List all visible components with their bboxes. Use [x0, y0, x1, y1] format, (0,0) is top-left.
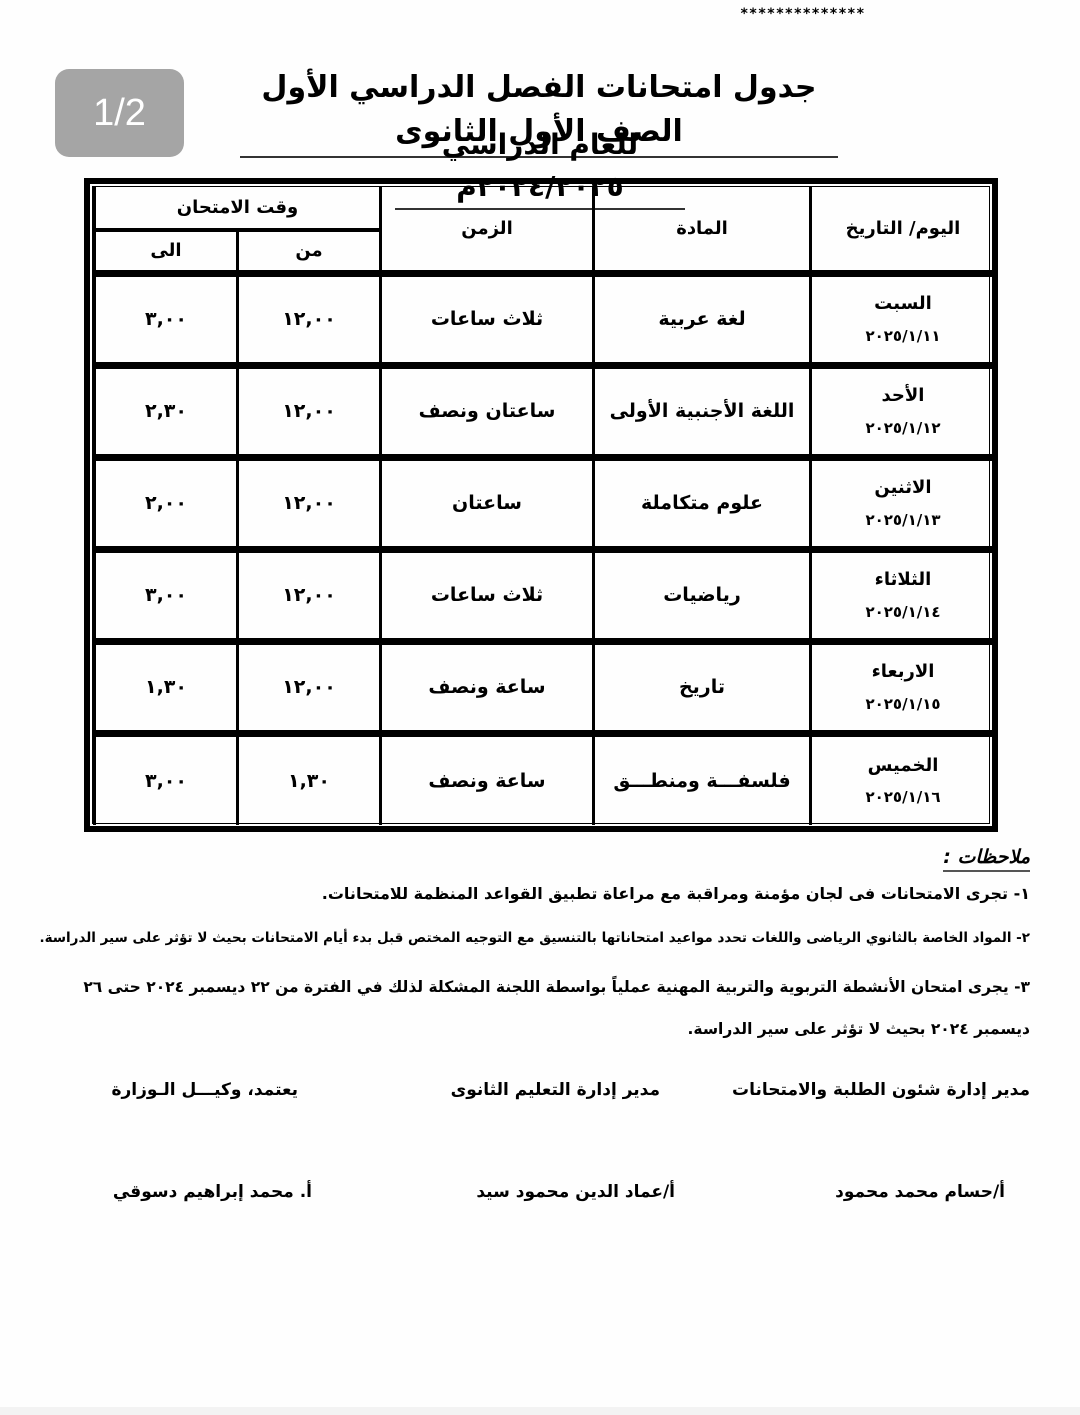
header-duration: الزمن — [381, 187, 594, 273]
table-row: الأحد٢٠٢٥/١/١٢ اللغة الأجنبية الأولى ساع… — [95, 365, 996, 457]
subject-cell: فلسفـــة ومنطـــق — [594, 733, 811, 825]
header-exam-time: وقت الامتحان — [95, 187, 381, 230]
exam-date: ٢٠٢٥/١/١٤ — [812, 600, 994, 626]
duration-cell: ساعة ونصف — [381, 641, 594, 733]
day-name: السبت — [812, 289, 994, 320]
signature-name-students-affairs: أ/حسام محمد محمود — [835, 1182, 1005, 1202]
to-time-cell: ٢,٠٠ — [95, 457, 238, 549]
exam-date: ٢٠٢٥/١/١١ — [812, 324, 994, 350]
table-row: الاثنين٢٠٢٥/١/١٣ علوم متكاملة ساعتان ١٢,… — [95, 457, 996, 549]
exam-date: ٢٠٢٥/١/١٥ — [812, 692, 994, 718]
day-name: الثلاثاء — [812, 565, 994, 596]
table-row: الاربعاء٢٠٢٥/١/١٥ تاريخ ساعة ونصف ١٢,٠٠ … — [95, 641, 996, 733]
decorative-stars: ************** — [740, 6, 865, 22]
exam-date: ٢٠٢٥/١/١٣ — [812, 508, 994, 534]
header-from: من — [238, 230, 381, 273]
exam-date: ٢٠٢٥/١/١٢ — [812, 416, 994, 442]
note-item: ٣- يجرى امتحان الأنشطة التربوية والتربية… — [50, 966, 1030, 1050]
exam-schedule-table: اليوم/ التاريخ المادة الزمن وقت الامتحان… — [84, 178, 998, 832]
table-row: الخميس٢٠٢٥/١/١٦ فلسفـــة ومنطـــق ساعة و… — [95, 733, 996, 825]
duration-cell: ساعتان — [381, 457, 594, 549]
to-time-cell: ٣,٠٠ — [95, 273, 238, 365]
to-time-cell: ١,٣٠ — [95, 641, 238, 733]
day-name: الاربعاء — [812, 657, 994, 688]
signature-role-secondary-education: مدير إدارة التعليم الثانوى — [451, 1080, 660, 1100]
subject-cell: تاريخ — [594, 641, 811, 733]
day-name: الخميس — [812, 751, 994, 782]
duration-cell: ثلاث ساعات — [381, 273, 594, 365]
signature-role-students-affairs: مدير إدارة شئون الطلبة والامتحانات — [732, 1080, 1030, 1100]
exam-date: ٢٠٢٥/١/١٦ — [812, 785, 994, 811]
note-item: ١- تجرى الامتحانات فى لجان مؤمنة ومراقبة… — [322, 884, 1030, 903]
duration-cell: ساعتان ونصف — [381, 365, 594, 457]
to-time-cell: ٢,٣٠ — [95, 365, 238, 457]
bottom-bar — [0, 1407, 1080, 1415]
subject-cell: اللغة الأجنبية الأولى — [594, 365, 811, 457]
subject-cell: علوم متكاملة — [594, 457, 811, 549]
signature-role-undersecretary: يعتمد، وكيـــل الـوزارة — [111, 1080, 298, 1100]
to-time-cell: ٣,٠٠ — [95, 549, 238, 641]
header-to: الى — [95, 230, 238, 273]
from-time-cell: ١,٣٠ — [238, 733, 381, 825]
duration-cell: ساعة ونصف — [381, 733, 594, 825]
subject-cell: رياضيات — [594, 549, 811, 641]
from-time-cell: ١٢,٠٠ — [238, 273, 381, 365]
notes-heading: ملاحظات : — [943, 846, 1030, 872]
header-subject: المادة — [594, 187, 811, 273]
day-name: الأحد — [812, 381, 994, 412]
from-time-cell: ١٢,٠٠ — [238, 457, 381, 549]
to-time-cell: ٣,٠٠ — [95, 733, 238, 825]
note-item: ٢- المواد الخاصة بالثانوي الرياضى واللغا… — [39, 930, 1030, 946]
signature-name-secondary-education: أ/عماد الدين محمود سيد — [476, 1182, 675, 1202]
header-day-date: اليوم/ التاريخ — [811, 187, 996, 273]
signature-name-undersecretary: أ. محمد إبراهيم دسوقي — [113, 1182, 312, 1202]
duration-cell: ثلاث ساعات — [381, 549, 594, 641]
from-time-cell: ١٢,٠٠ — [238, 549, 381, 641]
from-time-cell: ١٢,٠٠ — [238, 641, 381, 733]
day-name: الاثنين — [812, 473, 994, 504]
table-row: الثلاثاء٢٠٢٥/١/١٤ رياضيات ثلاث ساعات ١٢,… — [95, 549, 996, 641]
page-indicator-badge: 1/2 — [55, 69, 184, 157]
subject-cell: لغة عربية — [594, 273, 811, 365]
table-row: السبت٢٠٢٥/١/١١ لغة عربية ثلاث ساعات ١٢,٠… — [95, 273, 996, 365]
from-time-cell: ١٢,٠٠ — [238, 365, 381, 457]
